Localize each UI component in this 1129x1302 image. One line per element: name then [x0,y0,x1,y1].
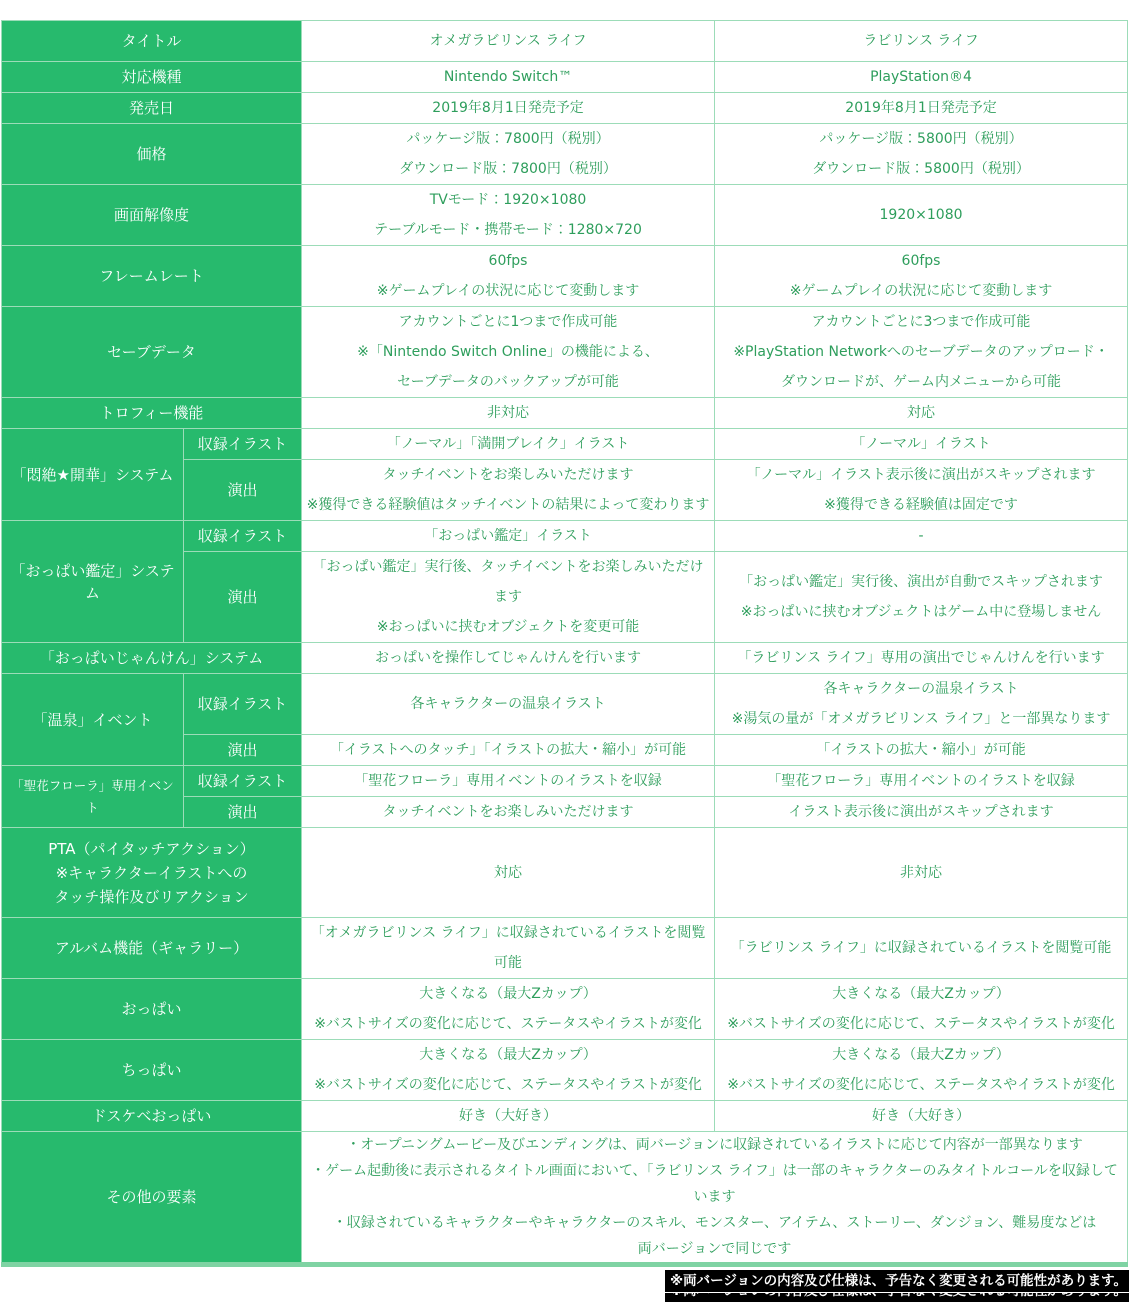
spec-cell: アカウントごとに3つまで作成可能 ※PlayStation Networkへのセ… [715,307,1128,398]
spec-cell: 「おっぱい鑑定」イラスト [302,521,715,552]
spec-cell: Nintendo Switch™ [302,62,715,93]
spec-cell: - [715,521,1128,552]
spec-cell: 「オメガラビリンス ライフ」に収録されているイラストを閲覧可能 [302,918,715,979]
spec-cell: 「ノーマル」「満開ブレイク」イラスト [302,429,715,460]
page: タイトル オメガラビリンス ライフ ラビリンス ライフ 対応機種 Nintend… [0,0,1129,1302]
footer-note-shadow-row: ※両バージョンの内容及び仕様は、予告なく変更される可能性があります。 [0,1293,1129,1302]
group-header-onsen-event: 「温泉」イベント [2,674,184,766]
spec-cell: タッチイベントをお楽しみいただけます ※獲得できる経験値はタッチイベントの結果に… [302,460,715,521]
spec-cell: 60fps ※ゲームプレイの状況に応じて変動します [302,246,715,307]
spec-cell: 「聖花フローラ」専用イベントのイラストを収録 [302,766,715,797]
row-header-album-gallery: アルバム機能（ギャラリー） [2,918,302,979]
footer-note-row: ※両バージョンの内容及び仕様は、予告なく変更される可能性があります。 [0,1270,1129,1292]
row-header-framerate: フレームレート [2,246,302,307]
spec-cell: 「ラビリンス ライフ」専用の演出でじゃんけんを行います [715,643,1128,674]
spec-comparison-table: タイトル オメガラビリンス ライフ ラビリンス ライフ 対応機種 Nintend… [1,20,1128,1267]
row-header-other-elements: その他の要素 [2,1132,302,1265]
spec-cell: 「ノーマル」イラスト [715,429,1128,460]
row-header-price: 価格 [2,124,302,185]
spec-cell: 「イラストへのタッチ」「イラストの拡大・縮小」が可能 [302,735,715,766]
spec-cell: 「イラストの拡大・縮小」が可能 [715,735,1128,766]
spec-cell: 「おっぱい鑑定」実行後、演出が自動でスキップされます ※おっぱいに挟むオブジェク… [715,552,1128,643]
spec-cell: 大きくなる（最大Zカップ） ※バストサイズの変化に応じて、ステータスやイラストが… [715,979,1128,1040]
row-header-platform: 対応機種 [2,62,302,93]
spec-cell: タッチイベントをお楽しみいただけます [302,797,715,828]
group-header-oppai-kantei: 「おっぱい鑑定」システム [2,521,184,643]
spec-cell: 非対応 [715,828,1128,918]
spec-cell: イラスト表示後に演出がスキップされます [715,797,1128,828]
spec-cell: アカウントごとに1つまで作成可能 ※「Nintendo Switch Onlin… [302,307,715,398]
spec-cell: 大きくなる（最大Zカップ） ※バストサイズの変化に応じて、ステータスやイラストが… [302,1040,715,1101]
sub-row-header-illustrations: 収録イラスト [184,674,302,735]
spec-cell: 大きくなる（最大Zカップ） ※バストサイズの変化に応じて、ステータスやイラストが… [715,1040,1128,1101]
row-header-pta: PTA（パイタッチアクション） ※キャラクターイラストへの タッチ操作及びリアク… [2,828,302,918]
spec-cell: 60fps ※ゲームプレイの状況に応じて変動します [715,246,1128,307]
row-header-title: タイトル [2,21,302,62]
sub-row-header-presentation: 演出 [184,552,302,643]
footer-note-shadow: ※両バージョンの内容及び仕様は、予告なく変更される可能性があります。 [665,1293,1129,1302]
row-header-oppai: おっぱい [2,979,302,1040]
spec-cell-other-elements: ・オープニングムービー及びエンディングは、両バージョンに収録されているイラストに… [302,1132,1128,1265]
spec-cell: 好き（大好き） [302,1101,715,1132]
row-header-oppai-janken: 「おっぱいじゃんけん」システム [2,643,302,674]
spec-cell: 各キャラクターの温泉イラスト ※湯気の量が「オメガラビリンス ライフ」と一部異な… [715,674,1128,735]
spec-cell: 対応 [302,828,715,918]
spec-cell: 「聖花フローラ」専用イベントのイラストを収録 [715,766,1128,797]
spec-cell: TVモード：1920×1080 テーブルモード・携帯モード：1280×720 [302,185,715,246]
spec-cell: パッケージ版：5800円（税別） ダウンロード版：5800円（税別） [715,124,1128,185]
group-header-monzetsu-kaika: 「悶絶★開華」システム [2,429,184,521]
spec-cell-switch-title: オメガラビリンス ライフ [302,21,715,62]
sub-row-header-illustrations: 収録イラスト [184,766,302,797]
spec-cell: 1920×1080 [715,185,1128,246]
spec-cell: PlayStation®4 [715,62,1128,93]
sub-row-header-presentation: 演出 [184,735,302,766]
row-header-resolution: 画面解像度 [2,185,302,246]
spec-cell: 大きくなる（最大Zカップ） ※バストサイズの変化に応じて、ステータスやイラストが… [302,979,715,1040]
spec-cell: 「ノーマル」イラスト表示後に演出がスキップされます ※獲得できる経験値は固定です [715,460,1128,521]
spec-cell: 非対応 [302,398,715,429]
row-header-save-data: セーブデータ [2,307,302,398]
spec-cell: 各キャラクターの温泉イラスト [302,674,715,735]
spec-cell: 好き（大好き） [715,1101,1128,1132]
footer-note: ※両バージョンの内容及び仕様は、予告なく変更される可能性があります。 [665,1270,1129,1292]
row-header-dosukebe-oppai: ドスケベおっぱい [2,1101,302,1132]
spec-cell: おっぱいを操作してじゃんけんを行います [302,643,715,674]
spec-cell: パッケージ版：7800円（税別） ダウンロード版：7800円（税別） [302,124,715,185]
sub-row-header-illustrations: 収録イラスト [184,521,302,552]
group-header-seika-flora-event: 「聖花フローラ」専用イベント [2,766,184,828]
spec-cell: 「ラビリンス ライフ」に収録されているイラストを閲覧可能 [715,918,1128,979]
row-header-release-date: 発売日 [2,93,302,124]
sub-row-header-presentation: 演出 [184,460,302,521]
spec-cell: 2019年8月1日発売予定 [715,93,1128,124]
spec-cell: 2019年8月1日発売予定 [302,93,715,124]
spec-cell: 「おっぱい鑑定」実行後、タッチイベントをお楽しみいただけます ※おっぱいに挟むオ… [302,552,715,643]
spec-cell: 対応 [715,398,1128,429]
row-header-trophy: トロフィー機能 [2,398,302,429]
sub-row-header-illustrations: 収録イラスト [184,429,302,460]
row-header-chippai: ちっぱい [2,1040,302,1101]
spec-cell-ps4-title: ラビリンス ライフ [715,21,1128,62]
sub-row-header-presentation: 演出 [184,797,302,828]
